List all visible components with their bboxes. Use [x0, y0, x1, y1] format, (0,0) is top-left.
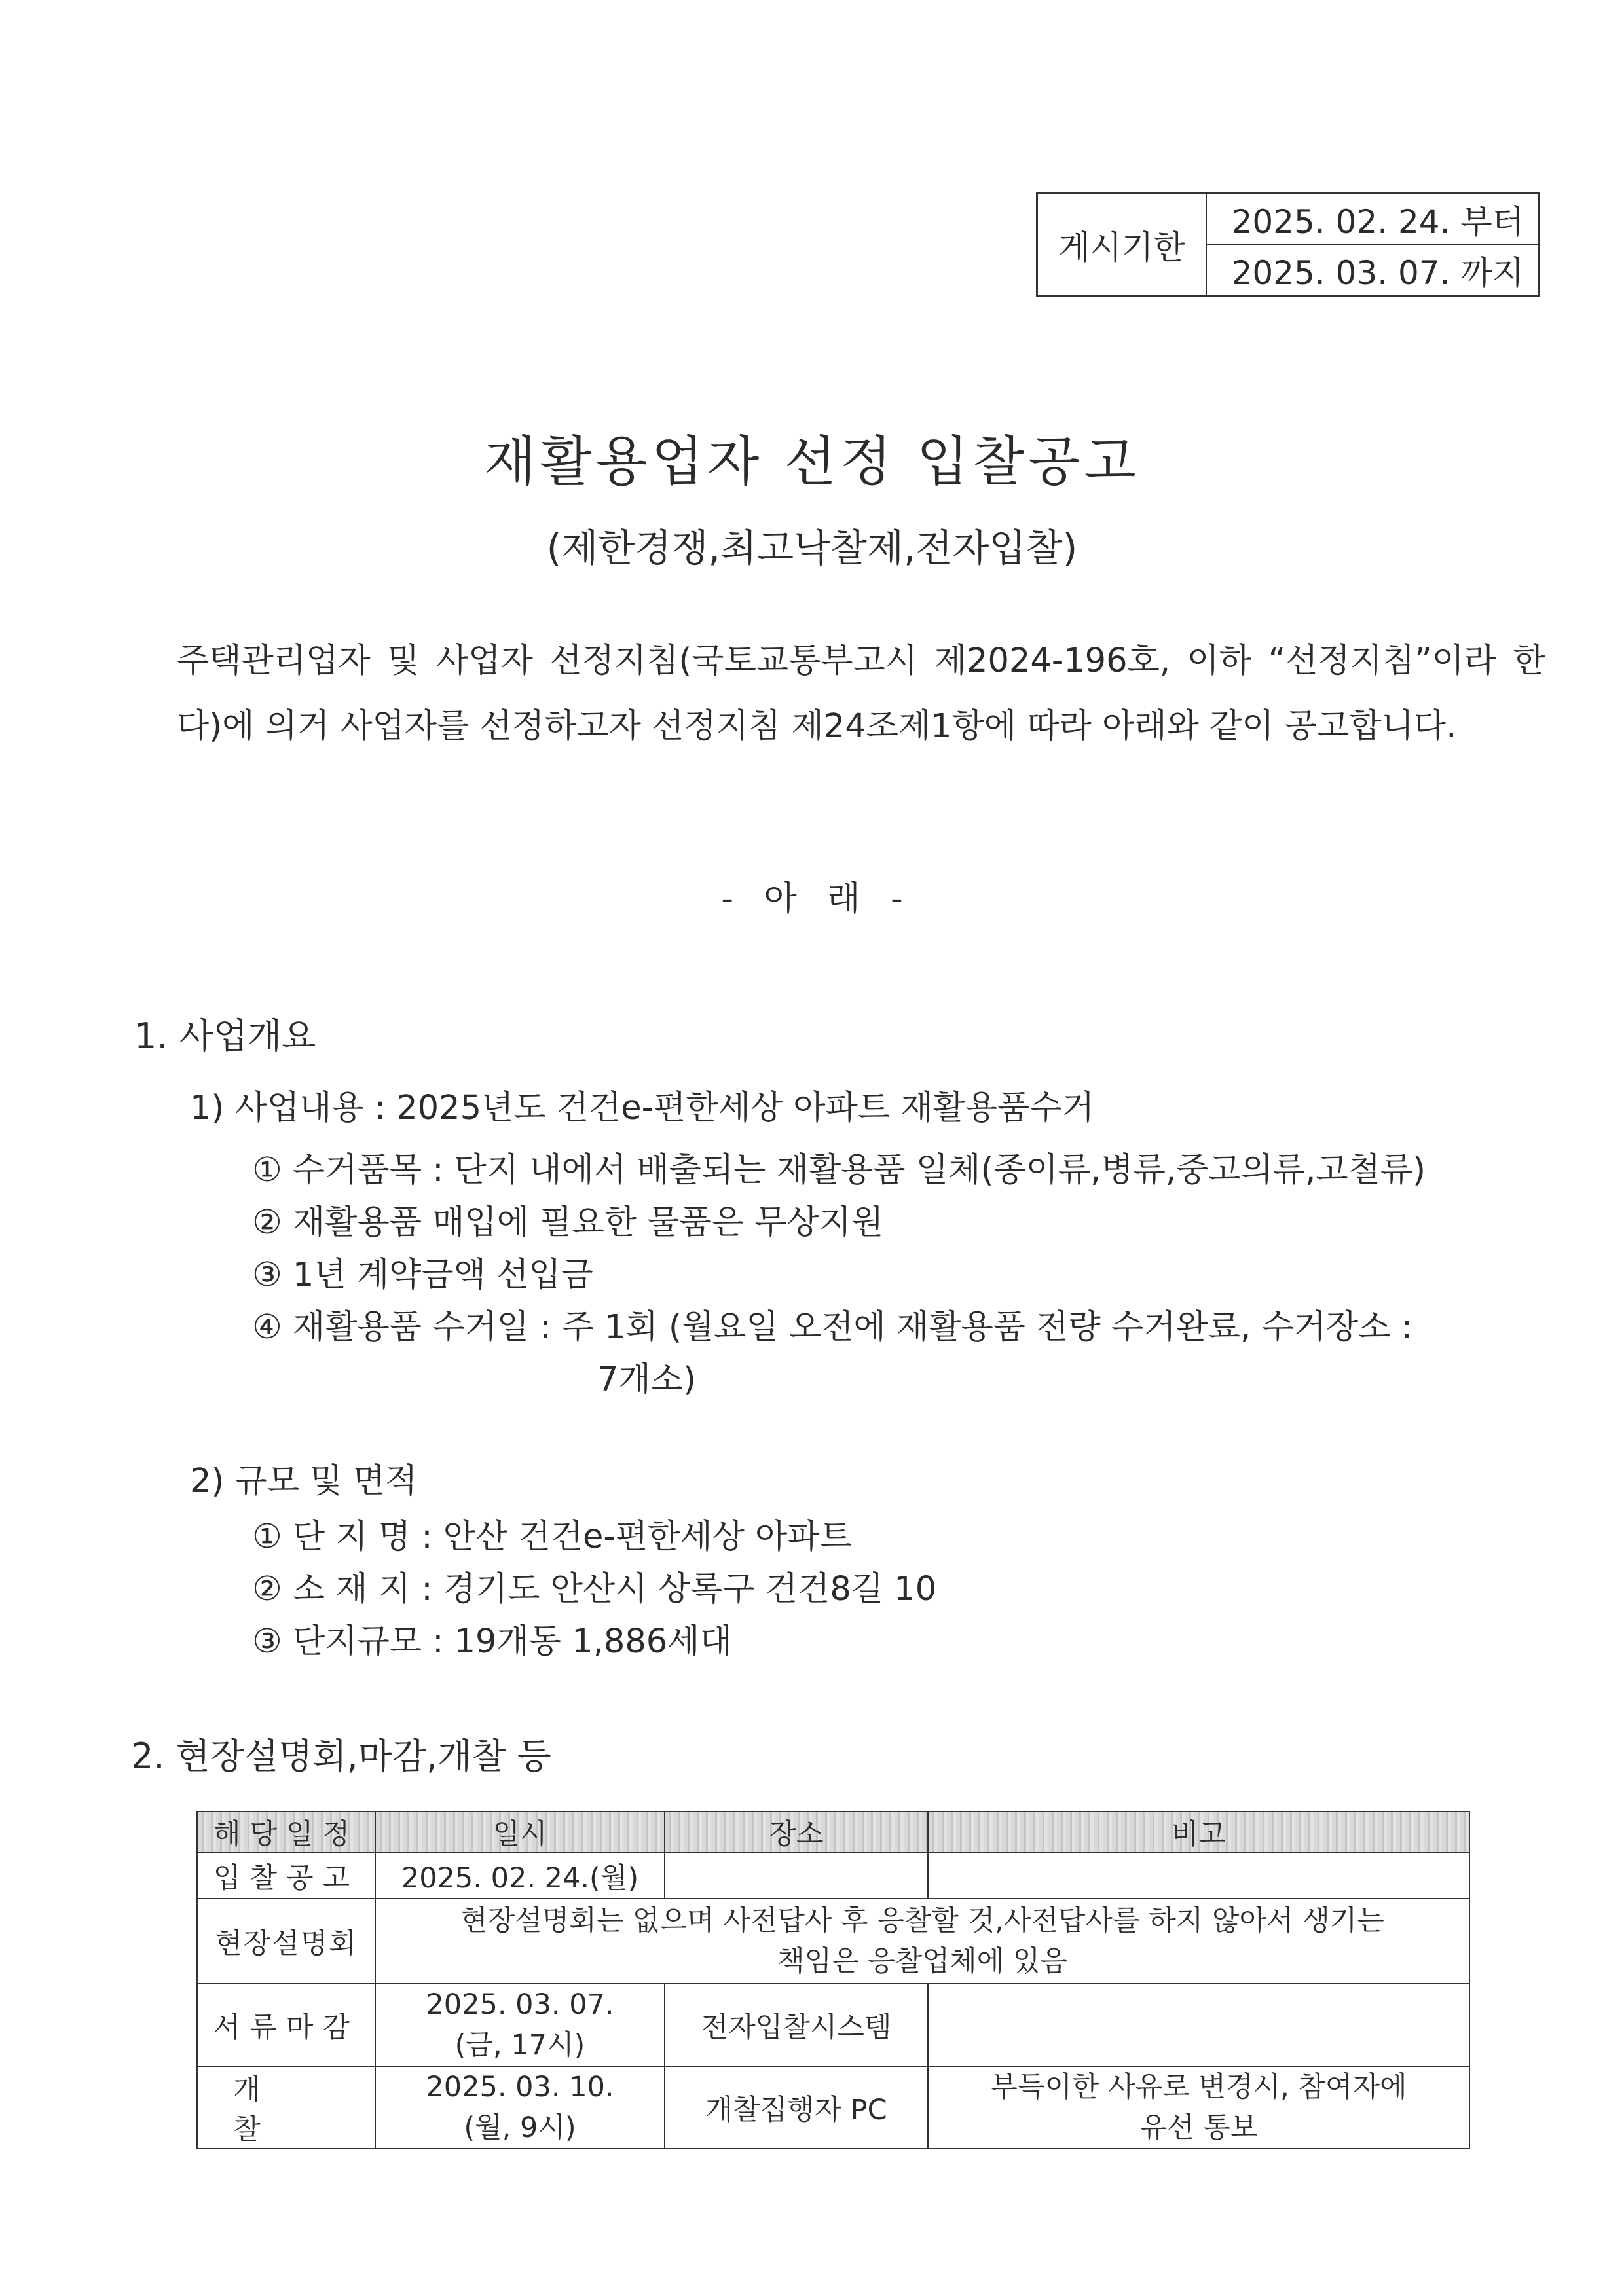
- note-line2: 유선 통보: [935, 2107, 1462, 2148]
- intro-paragraph: 주택관리업자 및 사업자 선정지침(국토교통부고시 제2024-196호, 이하…: [177, 629, 1545, 759]
- section1-sub2-heading: 2) 규모 및 면적: [190, 1453, 417, 1502]
- section1-sub1-heading: 1) 사업내용 : 2025년도 건건e-편한세상 아파트 재활용품수거: [190, 1080, 1094, 1129]
- datetime-line1: 2025. 03. 10.: [382, 2067, 657, 2107]
- row-datetime: 2025. 02. 24.(월): [375, 1853, 665, 1899]
- merged-note-line2: 책임은 응찰업체에 있음: [382, 1941, 1462, 1982]
- header-note: 비고: [928, 1812, 1469, 1853]
- row-label: 입찰공고: [197, 1853, 375, 1899]
- row-label: 서류마감: [197, 1984, 375, 2066]
- posting-period-from: 2025. 02. 24. 부터: [1207, 194, 1538, 245]
- list-item: ③ 단지규모 : 19개동 1,886세대: [252, 1614, 732, 1662]
- header-datetime: 일시: [375, 1812, 665, 1853]
- note-line1: 부득이한 사유로 변경시, 참여자에: [935, 2067, 1462, 2107]
- datetime-line2: (월, 9시): [382, 2107, 657, 2148]
- document-title: 재활용업자 선정 입찰공고: [0, 419, 1624, 496]
- section2-heading: 2. 현장설명회,마감,개찰 등: [131, 1728, 551, 1779]
- posting-period-label: 게시기한: [1038, 194, 1207, 295]
- row-label: 현장설명회: [197, 1899, 375, 1984]
- arae-divider: - 아 래 -: [0, 871, 1624, 920]
- row-label: 개찰: [197, 2066, 375, 2149]
- row-datetime: 2025. 03. 10. (월, 9시): [375, 2066, 665, 2149]
- list-item: ① 단 지 명 : 안산 건건e-편한세상 아파트: [252, 1509, 852, 1558]
- row-place: 전자입찰시스템: [665, 1984, 928, 2066]
- list-item: ① 수거품목 : 단지 내에서 배출되는 재활용품 일체(종이류,병류,중고의류…: [252, 1142, 1426, 1191]
- row-place: [665, 1853, 928, 1899]
- list-item: ④ 재활용품 수거일 : 주 1회 (월요일 오전에 재활용품 전량 수거완료,…: [252, 1300, 1412, 1348]
- row-note: [928, 1853, 1469, 1899]
- posting-period-box: 게시기한 2025. 02. 24. 부터 2025. 03. 07. 까지: [1036, 192, 1540, 297]
- row-note: 부득이한 사유로 변경시, 참여자에 유선 통보: [928, 2066, 1469, 2149]
- row-note: [928, 1984, 1469, 2066]
- section1-heading: 1. 사업개요: [134, 1008, 316, 1059]
- table-row: 개찰 2025. 03. 10. (월, 9시) 개찰집행자 PC 부득이한 사…: [197, 2066, 1469, 2149]
- datetime-line1: 2025. 03. 07.: [382, 1984, 657, 2025]
- datetime-line2: (금, 17시): [382, 2025, 657, 2066]
- document-subtitle: (제한경쟁,최고낙찰제,전자입찰): [0, 517, 1624, 572]
- list-item: ② 소 재 지 : 경기도 안산시 상록구 건건8길 10: [252, 1561, 936, 1610]
- row-merged-note: 현장설명회는 없으며 사전답사 후 응찰할 것,사전답사를 하지 않아서 생기는…: [375, 1899, 1469, 1984]
- header-schedule: 해당일정: [197, 1812, 375, 1853]
- table-row: 서류마감 2025. 03. 07. (금, 17시) 전자입찰시스템: [197, 1984, 1469, 2066]
- row-place: 개찰집행자 PC: [665, 2066, 928, 2149]
- table-row: 현장설명회 현장설명회는 없으며 사전답사 후 응찰할 것,사전답사를 하지 않…: [197, 1899, 1469, 1984]
- schedule-table: 해당일정 일시 장소 비고 입찰공고 2025. 02. 24.(월) 현장설명…: [196, 1811, 1470, 2149]
- header-place: 장소: [665, 1812, 928, 1853]
- list-item: ③ 1년 계약금액 선입금: [252, 1247, 593, 1296]
- merged-note-line1: 현장설명회는 없으며 사전답사 후 응찰할 것,사전답사를 하지 않아서 생기는: [382, 1901, 1462, 1941]
- row-datetime: 2025. 03. 07. (금, 17시): [375, 1984, 665, 2066]
- table-header-row: 해당일정 일시 장소 비고: [197, 1812, 1469, 1853]
- table-row: 입찰공고 2025. 02. 24.(월): [197, 1853, 1469, 1899]
- list-item-continuation: 7개소): [597, 1352, 696, 1400]
- list-item: ② 재활용품 매입에 필요한 물품은 무상지원: [252, 1195, 883, 1243]
- posting-period-to: 2025. 03. 07. 까지: [1207, 245, 1538, 295]
